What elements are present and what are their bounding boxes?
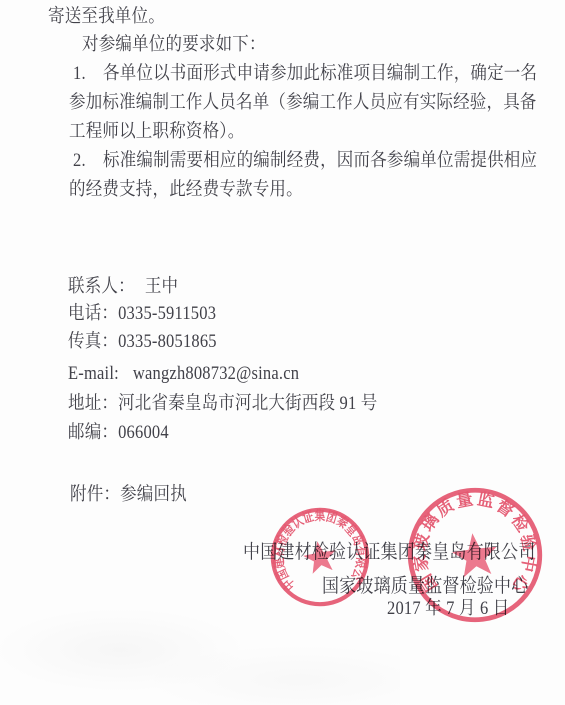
zip-value: 066004 xyxy=(118,421,169,442)
official-seal-inspection-center: 国家玻璃质量监督检验中心 xyxy=(388,476,562,634)
address-row: 地址：河北省秦皇岛市河北大街西段 91 号 xyxy=(68,392,377,414)
email-row: E-mail:wangzh808732@sina.cn xyxy=(68,362,299,384)
list-item-2-line-1: 2.标准编制需要相应的编制经费，因而各参编单位需提供相应 xyxy=(73,149,537,171)
list-item-2-number: 2. xyxy=(73,149,87,171)
contact-person-row: 联系人：王中 xyxy=(68,275,178,297)
body-line-send-to-unit: 寄送至我单位。 xyxy=(48,5,165,27)
fax-value: 0335-8051865 xyxy=(118,330,217,351)
list-item-1-line-2: 参加标准编制工作人员名单（参编工作人员应有实际经验，具备 xyxy=(69,91,537,113)
attachment-row: 附件：参编回执 xyxy=(70,483,187,505)
zip-label: 邮编： xyxy=(68,421,118,442)
phone-value: 0335-5911503 xyxy=(118,302,216,323)
fax-row: 传真：0335-8051865 xyxy=(68,330,217,352)
list-item-2-text: 标准编制需要相应的编制经费，因而各参编单位需提供相应 xyxy=(103,149,537,170)
attachment-label: 附件： xyxy=(70,483,120,504)
official-seal-company: 中国建材检验认证集团秦皇岛有限公司 xyxy=(258,484,381,630)
address-value: 河北省秦皇岛市河北大街西段 91 号 xyxy=(118,392,377,413)
body-line-requirements-intro: 对参编单位的要求如下： xyxy=(82,33,266,55)
email-label: E-mail: xyxy=(68,362,119,383)
email-value: wangzh808732@sina.cn xyxy=(133,362,299,383)
address-label: 地址： xyxy=(68,392,118,413)
contact-person-value: 王中 xyxy=(145,275,178,296)
phone-label: 电话： xyxy=(68,302,118,323)
seal-star-icon xyxy=(450,531,500,579)
zip-row: 邮编：066004 xyxy=(68,421,169,443)
list-item-2-line-2: 的经费支持，此经费专款专用。 xyxy=(69,178,303,200)
list-item-1-text: 各单位以书面形式申请参加此标准项目编制工作，确定一名 xyxy=(103,62,537,83)
list-item-1-line-1: 1.各单位以书面形式申请参加此标准项目编制工作，确定一名 xyxy=(73,62,537,84)
seal-star-icon xyxy=(301,538,339,574)
attachment-value: 参编回执 xyxy=(120,483,187,504)
phone-row: 电话：0335-5911503 xyxy=(68,302,216,324)
list-item-1-number: 1. xyxy=(73,62,87,84)
list-item-1-line-3: 工程师以上职称资格）。 xyxy=(69,120,244,142)
scanned-letter-page: 寄送至我单位。 对参编单位的要求如下： 1.各单位以书面形式申请参加此标准项目编… xyxy=(0,0,565,705)
fax-label: 传真： xyxy=(68,330,118,351)
contact-person-label: 联系人： xyxy=(68,275,135,296)
